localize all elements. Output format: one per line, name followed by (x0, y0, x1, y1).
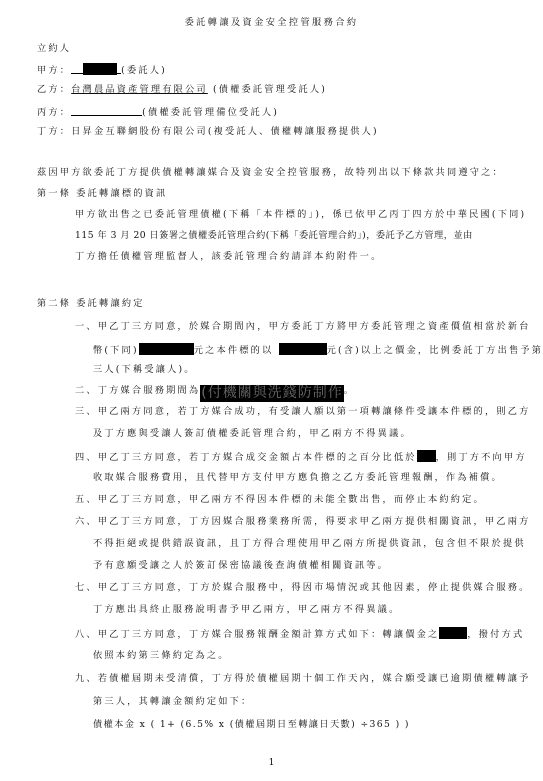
party-b-label: 乙方： (37, 84, 71, 95)
clause-text: 。 (344, 385, 355, 396)
party-c: 丙方：(債權委託管理備位受託人) (37, 105, 279, 119)
clause-1-line2: 幣(下同)元之本件標的以 元(含)以上之價金，比例委託丁方出售予第 (93, 343, 543, 357)
party-c-name-blank (71, 105, 142, 116)
party-c-label: 丙方： (37, 107, 71, 118)
party-c-role: (債權委託管理備位受託人) (142, 107, 279, 118)
clause-text: 元(含)以上之價金，比例委託丁方出售予第 (327, 345, 543, 356)
redacted-amount (139, 343, 194, 355)
clause-6: 六、甲乙丁三方同意，丁方因媒合服務業務所需，得要求甲乙兩方提供相關資訊，甲乙兩方 (75, 516, 531, 528)
clause-8: 八、甲乙丁三方同意，丁方媒合服務報酬金額計算方式如下：轉讓價金之，撥付方式 (75, 627, 524, 641)
party-b-role: (債權委託管理受託人) (208, 84, 327, 95)
clause-9-formula: 債權本金 x ( 1+ (6.5% x (債權屆期日至轉讓日天數) ÷365 )… (93, 719, 410, 731)
document-title: 委託轉讓及資金安全控管服務合約 (0, 17, 543, 29)
party-a-role: (委託人) (121, 65, 167, 76)
clause-6-line2: 不得拒絕或提供錯誤資訊，且丁方得合理使用甲乙兩方所提供資訊，包含但不限於提供 (93, 538, 526, 550)
article1-line: 丁方擔任債權管理監督人，該委託管理合約請詳本約附件一。 (75, 251, 382, 263)
party-a: 甲方：(委託人) (37, 63, 167, 77)
article2-heading: 第二條 委託轉讓約定 (37, 298, 145, 310)
article1-line: 115 年 3 月 20 日簽署之債權委託管理合約(下稱「委託管理合約」)，委託… (75, 230, 473, 242)
redacted-party-a-name (83, 63, 117, 75)
redacted-price (279, 343, 327, 355)
clause-text: ，則丁方不向甲方 (436, 452, 527, 463)
clause-text: ，撥付方式 (467, 629, 524, 640)
clause-9: 九、若債權屆期未受清償，丁方得於債權屆期十個工作天內，媒合願受讓已逾期債權轉讓予 (75, 673, 531, 685)
clause-5: 五、甲乙丁三方同意，甲乙兩方不得因本件標的未能全數出售，而停止本約約定。 (75, 494, 485, 506)
clause-text: 元之本件標的以 (194, 345, 274, 356)
article1-line: 甲方欲出售之已委託管理債權(下稱「本件標的」)，係已依甲乙丙丁四方於中華民國(下… (75, 209, 526, 221)
redacted-period: (付機關與洗錢防制作 (200, 385, 343, 402)
party-d-role: (複受託人、債權轉讓服務提供人) (208, 126, 379, 137)
clause-4-line2: 收取媒合服務費用，且代替甲方支付甲方應負擔之乙方委託管理報酬，作為補償。 (93, 472, 503, 484)
clause-text: 四、甲乙丁三方同意，若丁方媒合成交金額占本件標的之百分比低於 (75, 452, 417, 463)
clause-1-line3: 三人(下稱受讓人)。 (93, 364, 196, 376)
party-b: 乙方：台灣晨品資產管理有限公司 (債權委託管理受託人) (37, 84, 327, 96)
party-b-name: 台灣晨品資產管理有限公司 (71, 84, 208, 95)
clause-3: 三、甲乙兩方同意，若丁方媒合成功，有受讓人願以第一項轉讓條件受讓本件標的，則乙方 (75, 406, 531, 418)
page-number: 1 (0, 757, 543, 769)
redacted-fee-rate (439, 627, 467, 639)
blank-line (71, 63, 83, 74)
parties-label: 立約人 (37, 43, 71, 55)
preamble: 茲因甲方欲委託丁方提供債權轉讓媒合及資金安全控管服務，故特列出以下條款共同遵守之… (37, 167, 504, 179)
redacted-percentage (417, 450, 436, 462)
clause-text: 二、丁方媒合服務期間為 (75, 385, 200, 396)
clause-7-line2: 丁方應出具終止服務說明書予甲乙兩方，甲乙兩方不得異議。 (93, 604, 400, 616)
party-a-label: 甲方： (37, 65, 71, 76)
clause-text: 八、甲乙丁三方同意，丁方媒合服務報酬金額計算方式如下：轉讓價金之 (75, 629, 439, 640)
clause-6-line3: 予有意願受讓之人於簽訂保密協議後查詢債權相關資訊等。 (93, 560, 389, 572)
clause-1: 一、甲乙丁三方同意，於媒合期間內，甲方委託丁方將甲方委託管理之資產價值相當於新台 (75, 321, 531, 333)
clause-7: 七、甲乙丁三方同意，丁方於媒合服務中，得因市場情況或其他因素，停止提供媒合服務。 (75, 582, 531, 594)
clause-text: 幣(下同) (93, 345, 139, 356)
party-d-label: 丁方： (37, 126, 71, 137)
clause-2: 二、丁方媒合服務期間為(付機關與洗錢防制作。 (75, 385, 355, 402)
clause-8-line2: 依照本約第三條約定為之。 (93, 650, 230, 662)
clause-9-line2: 第三人，其轉讓金額約定如下： (93, 696, 252, 708)
party-d-name: 日昇金互聯網股份有限公司 (71, 126, 208, 137)
clause-4: 四、甲乙丁三方同意，若丁方媒合成交金額占本件標的之百分比低於，則丁方不向甲方 (75, 450, 527, 464)
article1-heading: 第一條 委託轉讓標的資訊 (37, 188, 167, 200)
party-d: 丁方：日昇金互聯網股份有限公司(複受託人、債權轉讓服務提供人) (37, 126, 379, 138)
clause-3-line2: 及丁方應與受讓人簽訂債權委託管理合約，甲乙兩方不得異議。 (93, 428, 412, 440)
